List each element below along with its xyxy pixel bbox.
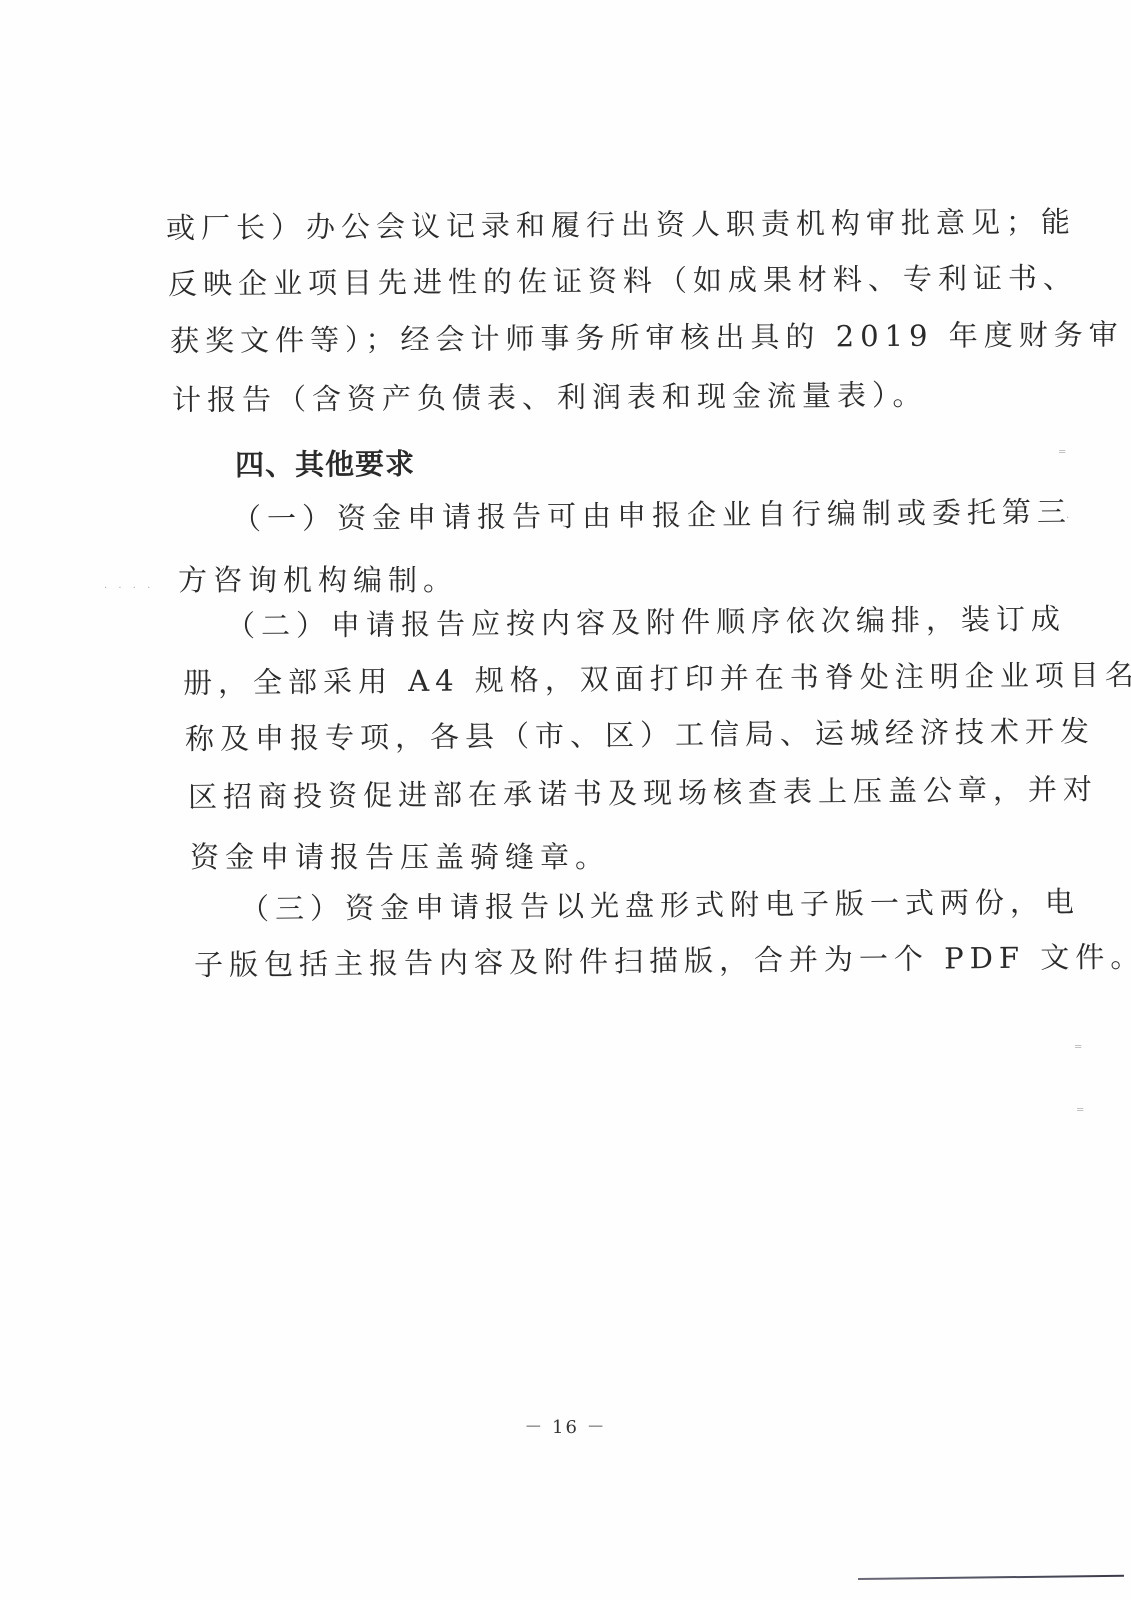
body-text-line: （三）资金申请报告以光盘形式附电子版一式两份，电 (240, 888, 1080, 924)
body-text-line: 计报告（含资产负债表、利润表和现金流量表）。 (172, 381, 928, 415)
scan-artifact-dots: · · · · (104, 584, 154, 594)
scan-artifact-mark: · (1066, 514, 1069, 524)
scanned-document-page: 或厂长）办公会议记录和履行出资人职责机构审批意见；能 反映企业项目先进性的佐证资… (0, 0, 1131, 1600)
body-text-line: （二）申请报告应按内容及附件顺序依次编排，装订成 (226, 605, 1066, 641)
body-text-line: 方咨询机构编制。 (178, 566, 458, 595)
scan-artifact-mark: = (1076, 1106, 1084, 1116)
scan-edge-line (858, 1575, 1124, 1580)
body-text-line: 获奖文件等）；经会计师事务所审核出具的 2019 年度财务审 (170, 320, 1124, 356)
body-text-line: 资金申请报告压盖骑缝章。 (190, 843, 610, 872)
body-text-line: 或厂长）办公会议记录和履行出资人职责机构审批意见；能 (166, 208, 1076, 243)
page-number: － 16 － (0, 1413, 1131, 1439)
body-text-line: 子版包括主报告内容及附件扫描版，合并为一个 PDF 文件。 (194, 943, 1131, 980)
body-text-line: 称及申报专项，各县（市、区）工信局、运城经济技术开发 (185, 717, 1095, 754)
body-text-line: 区招商投资促进部在承诺书及现场核查表上压盖公章，并对 (188, 775, 1098, 812)
section-heading: 四、其他要求 (235, 450, 415, 480)
body-text-line: （一）资金申请报告可由申报企业自行编制或委托第三 (232, 498, 1072, 534)
body-text-line: 反映企业项目先进性的佐证资料（如成果材料、专利证书、 (168, 264, 1078, 299)
scan-artifact-mark: = (1074, 1043, 1082, 1053)
scan-artifact-mark: = (1058, 448, 1066, 458)
body-text-line: 册，全部采用 A4 规格，双面打印并在书脊处注明企业项目名 (183, 661, 1131, 698)
